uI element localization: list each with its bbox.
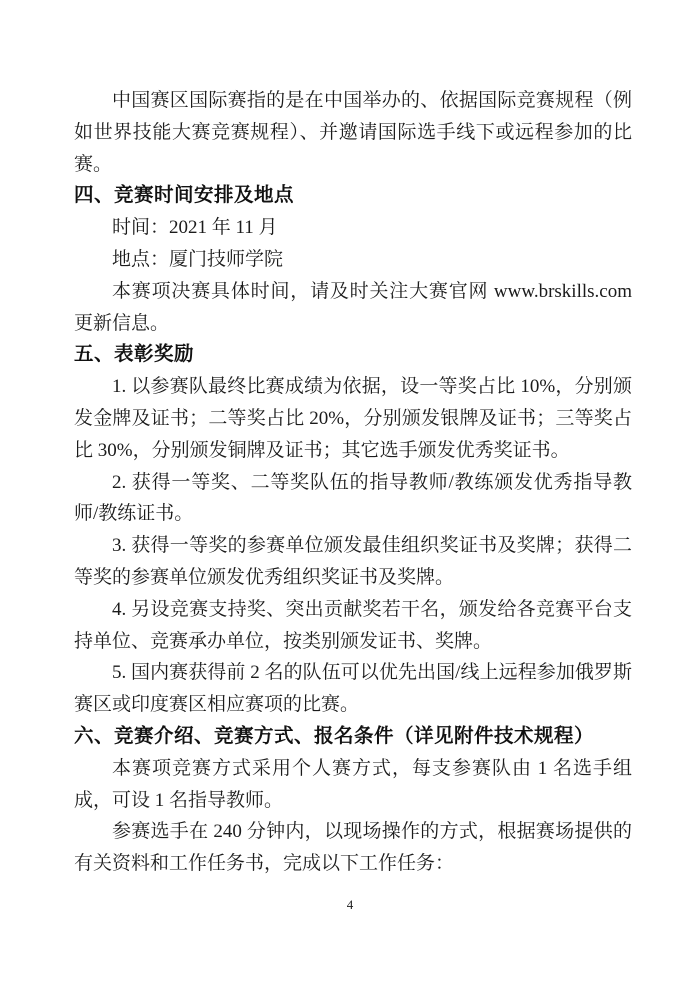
paragraph-award-item-2: 2. 获得一等奖、二等奖队伍的指导教师/教练颁发优秀指导教师/教练证书。 — [74, 467, 632, 531]
paragraph-time: 时间：2021 年 11 月 — [74, 212, 632, 244]
section-heading-6-intro-format-registration: 六、竞赛介绍、竞赛方式、报名条件（详见附件技术规程） — [74, 721, 632, 753]
paragraph-award-item-1: 1. 以参赛队最终比赛成绩为依据，设一等奖占比 10%，分别颁发金牌及证书；二等… — [74, 371, 632, 466]
page-number: 4 — [0, 897, 700, 913]
paragraph-award-item-5: 5. 国内赛获得前 2 名的队伍可以优先出国/线上远程参加俄罗斯赛区或印度赛区相… — [74, 657, 632, 721]
section-heading-4-time-and-location: 四、竞赛时间安排及地点 — [74, 180, 632, 212]
paragraph-award-item-3: 3. 获得一等奖的参赛单位颁发最佳组织奖证书及奖牌；获得二等奖的参赛单位颁发优秀… — [74, 530, 632, 594]
paragraph-competition-format: 本赛项竞赛方式采用个人赛方式，每支参赛队由 1 名选手组成，可设 1 名指导教师… — [74, 753, 632, 817]
paragraph-international-competition-definition: 中国赛区国际赛指的是在中国举办的、依据国际竞赛规程（例如世界技能大赛竞赛规程）、… — [74, 85, 632, 180]
section-heading-5-awards: 五、表彰奖励 — [74, 339, 632, 371]
paragraph-official-website-notice: 本赛项决赛具体时间，请及时关注大赛官网 www.brskills.com更新信息… — [74, 276, 632, 340]
document-body: 中国赛区国际赛指的是在中国举办的、依据国际竞赛规程（例如世界技能大赛竞赛规程）、… — [74, 85, 632, 880]
paragraph-location: 地点：厦门技师学院 — [74, 244, 632, 276]
paragraph-award-item-4: 4. 另设竞赛支持奖、突出贡献奖若干名，颁发给各竞赛平台支持单位、竞赛承办单位，… — [74, 594, 632, 658]
paragraph-competition-tasks-intro: 参赛选手在 240 分钟内，以现场操作的方式，根据赛场提供的有关资料和工作任务书… — [74, 816, 632, 880]
document-page: 中国赛区国际赛指的是在中国举办的、依据国际竞赛规程（例如世界技能大赛竞赛规程）、… — [0, 0, 700, 989]
